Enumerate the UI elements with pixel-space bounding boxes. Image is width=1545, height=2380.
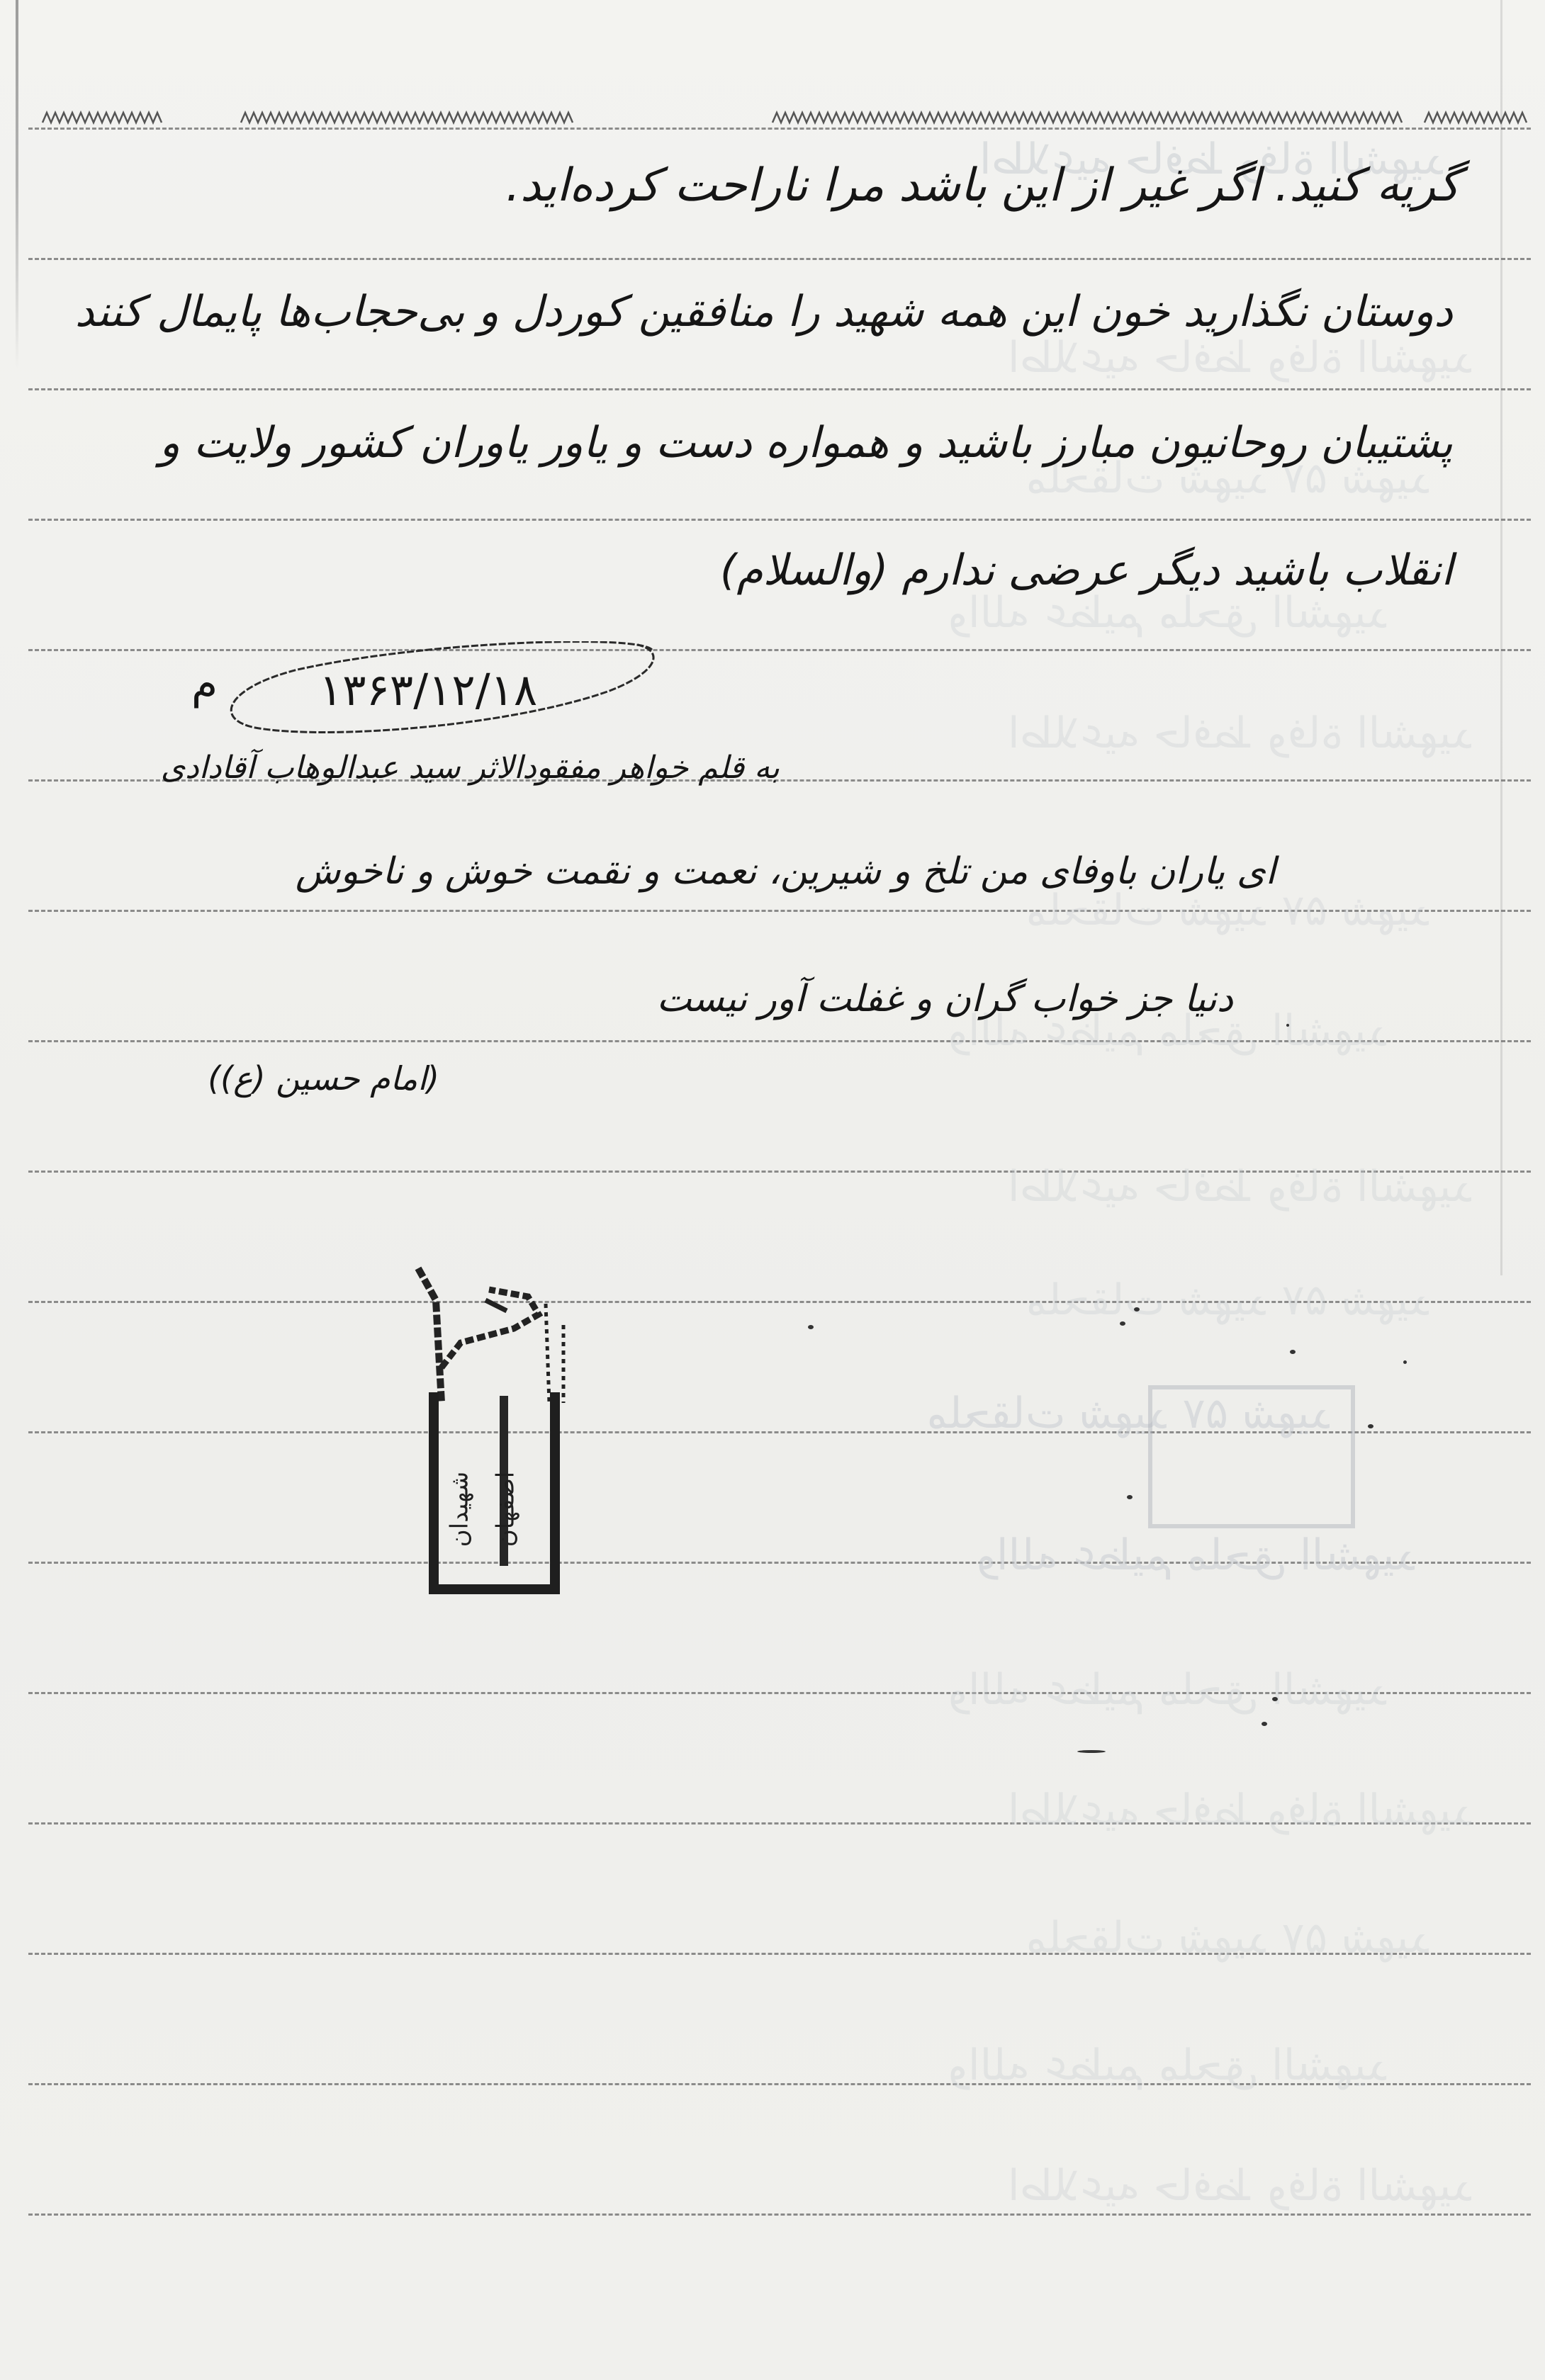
bleed-through-text: اطلاعیه حافظ وفاة الشهید xyxy=(1008,1786,1474,1835)
quote-line: ای یاران باوفای من تلخ و شیرین، نعمت و ن… xyxy=(296,850,1276,893)
signature-line: به قلم خواهر مفقودالاثر سید عبدالوهاب آق… xyxy=(161,750,780,786)
wavy-header-line xyxy=(28,110,1531,127)
bleed-through-text: والله عظیم ملحق الشهید xyxy=(976,1530,1417,1580)
letter-line: انقلاب باشید دیگر عرضی ندارم (والسلام) xyxy=(720,546,1453,595)
bleed-through-text: اطلاعیه حافظ وفاة الشهید xyxy=(1008,709,1474,758)
ink-speck xyxy=(1368,1424,1373,1428)
bleed-through-text: والله عظیم ملحق الشهید xyxy=(948,1665,1389,1715)
ink-speck xyxy=(1272,1697,1278,1701)
ink-speck xyxy=(1120,1321,1125,1326)
bleed-through-text: اطلاعیه حافظ وفاة الشهید xyxy=(1008,1162,1474,1212)
scanned-page: اطلاعیه حافظ وفاة الشهید ملحقات شهید ۵۷ … xyxy=(0,0,1545,2380)
flag-stamp-icon xyxy=(393,1261,578,1403)
ink-speck xyxy=(808,1325,814,1329)
bleed-through-text: ملحقات شهید ۵۷ شهید xyxy=(1026,886,1432,935)
ink-speck xyxy=(1134,1307,1140,1312)
ruled-line xyxy=(28,519,1531,521)
bleed-through-text: ملحقات شهید ۵۷ شهید xyxy=(1026,1275,1432,1325)
ink-speck xyxy=(1286,1024,1289,1027)
letter-date: ۱۳۶۳/۱۲/۱۸ xyxy=(319,664,537,716)
page-edge-shadow-right xyxy=(1500,0,1502,1275)
ruled-line xyxy=(28,388,1531,390)
bleed-through-text: اطلاعیه حافظ وفاة الشهید xyxy=(1008,2161,1474,2211)
bleed-through-text: ملحقات شهید ۵۷ شهید xyxy=(1026,1913,1432,1963)
stamp-text: اصفهان xyxy=(491,1472,519,1547)
letter-line: دوستان نگذارید خون این همه شهید را منافق… xyxy=(75,287,1453,337)
date-block: ۱۳۶۳/۱۲/۱۸ xyxy=(213,641,666,740)
ruled-line xyxy=(28,258,1531,260)
ink-speck xyxy=(1290,1350,1296,1354)
page-edge-shadow xyxy=(16,0,18,368)
quote-line: دنیا جز خواب گران و غفلت آور نیست xyxy=(657,978,1233,1020)
faint-stamp-bleed xyxy=(1148,1385,1355,1528)
ink-speck xyxy=(1262,1722,1267,1726)
ruled-line xyxy=(28,2213,1531,2216)
bleed-through-text: اطلاعیه حافظ وفاة الشهید xyxy=(1008,333,1474,383)
letter-line: پشتیبان روحانیون مبارز باشید و همواره دس… xyxy=(159,418,1453,468)
letter-line: گریه کنید. اگر غیر از این باشد مرا ناراح… xyxy=(506,159,1460,212)
quote-attribution: (امام حسین (ع)) xyxy=(208,1059,439,1098)
stamp-text: شهیدان xyxy=(445,1472,473,1547)
ink-speck xyxy=(1127,1495,1133,1499)
rubber-stamp: شهیدان اصفهان xyxy=(393,1261,578,1601)
ruled-line xyxy=(28,128,1531,130)
bleed-through-text: والله عظیم ملحق الشهید xyxy=(948,2041,1389,2090)
ink-speck xyxy=(1077,1750,1106,1753)
ink-speck xyxy=(1403,1360,1407,1364)
bleed-through-text: والله عظیم ملحق الشهید xyxy=(948,588,1389,638)
